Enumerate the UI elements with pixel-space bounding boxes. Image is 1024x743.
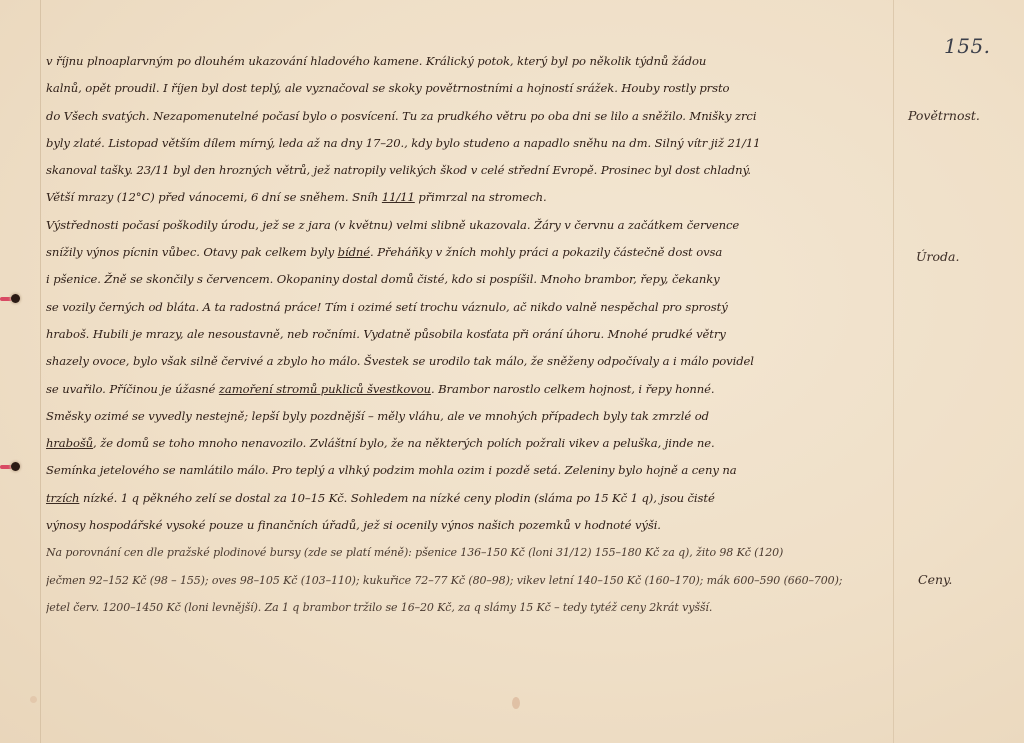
text-line: Výstřednosti počasí poškodily úrodu, jež… bbox=[46, 212, 891, 239]
text-line: Semínka jetelového se namlátilo málo. Pr… bbox=[46, 457, 891, 484]
margin-label-weather: Povětrnost. bbox=[908, 108, 980, 123]
right-margin-rule bbox=[893, 0, 894, 743]
underlined-phrase: bídné bbox=[338, 245, 370, 259]
text-line: Větší mrazy (12°C) před vánocemi, 6 dní … bbox=[46, 184, 891, 211]
text-line-price-comparison: jetel červ. 1200–1450 Kč (loni levnější)… bbox=[46, 594, 891, 621]
underlined-phrase: zamoření stromů pukliců švestkovou bbox=[219, 382, 431, 396]
binding-thread-bottom bbox=[0, 462, 20, 472]
left-margin-rule bbox=[40, 0, 41, 743]
text-line: hraboš. Hubili je mrazy, ale nesoustavně… bbox=[46, 321, 891, 348]
text-line: i pšenice. Žně se skončily s červencem. … bbox=[46, 266, 891, 293]
binding-hole bbox=[11, 294, 20, 303]
text-line: v říjnu plnoaplarvným po dlouhém ukazová… bbox=[46, 48, 891, 75]
paper-stain bbox=[30, 696, 37, 703]
binding-thread-top bbox=[0, 294, 20, 304]
text-line: snížily výnos pícnin vůbec. Otavy pak ce… bbox=[46, 239, 891, 266]
chronicle-page: 155. Povětrnost. Úroda. Ceny. v říjnu pl… bbox=[0, 0, 1024, 743]
paper-stain bbox=[512, 697, 520, 709]
text-line: skanoval tašky. 23/11 byl den hrozných v… bbox=[46, 157, 891, 184]
text-line: trzích nízké. 1 q pěkného zelí se dostal… bbox=[46, 485, 891, 512]
margin-label-prices: Ceny. bbox=[918, 572, 952, 587]
binding-hole bbox=[11, 462, 20, 471]
margin-label-harvest: Úroda. bbox=[916, 249, 959, 264]
text-line-price-comparison: Na porovnání cen dle pražské plodinové b… bbox=[46, 539, 891, 566]
text-line: hrabošů, že domů se toho mnoho nenavozil… bbox=[46, 430, 891, 457]
text-line: se vozily černých od bláta. A ta radostn… bbox=[46, 294, 891, 321]
underlined-phrase: hrabošů bbox=[46, 436, 93, 450]
underlined-phrase: trzích bbox=[46, 491, 79, 505]
text-line: shazely ovoce, bylo však silně červivé a… bbox=[46, 348, 891, 375]
text-line: do Všech svatých. Nezapomenutelné počasí… bbox=[46, 103, 891, 130]
underlined-phrase: 11/11 bbox=[382, 190, 415, 204]
text-line-price-comparison: ječmen 92–152 Kč (98 – 155); oves 98–105… bbox=[46, 567, 891, 594]
text-line: se uvařilo. Příčinou je úžasné zamoření … bbox=[46, 376, 891, 403]
text-line: Směsky ozimé se vyvedly nestejně; lepší … bbox=[46, 403, 891, 430]
text-line: výnosy hospodářské vysoké pouze u finanč… bbox=[46, 512, 891, 539]
page-number: 155. bbox=[944, 34, 991, 58]
text-line: byly zlaté. Listopad větším dílem mírný,… bbox=[46, 130, 891, 157]
text-line: kalnů, opět proudil. I říjen byl dost te… bbox=[46, 75, 891, 102]
handwritten-text-block: v říjnu plnoaplarvným po dlouhém ukazová… bbox=[46, 48, 891, 621]
